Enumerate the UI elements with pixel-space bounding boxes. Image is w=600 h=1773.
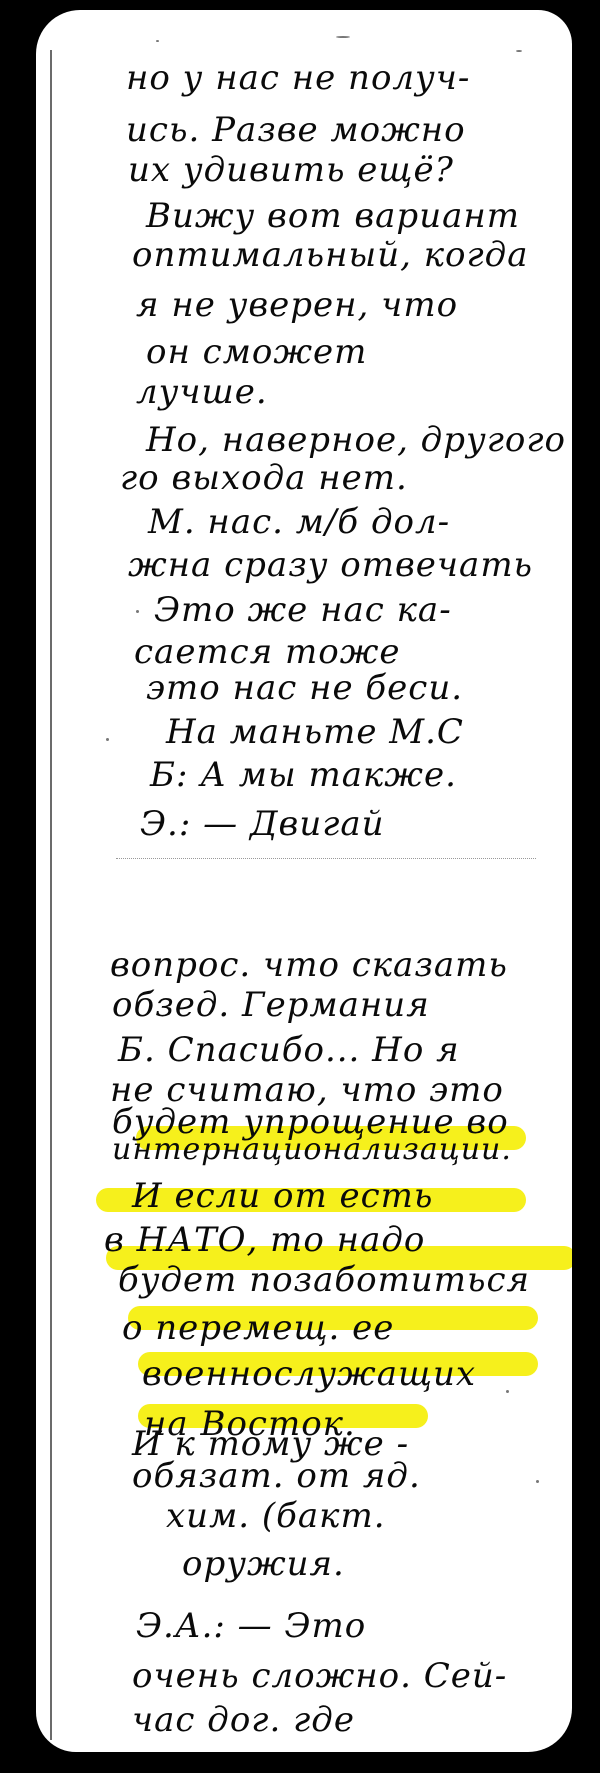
handwritten-line-highlighted: о перемещ. ее bbox=[122, 1308, 394, 1348]
scan-speck bbox=[536, 1480, 539, 1483]
scan-speck bbox=[136, 610, 139, 613]
handwritten-line: это нас не беси. bbox=[146, 668, 463, 708]
scan-speck bbox=[156, 40, 159, 42]
handwritten-line: интернационализации. bbox=[112, 1130, 512, 1170]
handwritten-line: го выхода нет. bbox=[120, 458, 408, 498]
handwritten-line: Но, наверное, другого bbox=[146, 420, 566, 460]
handwritten-line-highlighted: в НАТО, то надо bbox=[104, 1220, 425, 1260]
handwritten-line: обзед. Германия bbox=[112, 985, 430, 1025]
handwritten-line: Вижу вот вариант bbox=[146, 196, 520, 236]
handwritten-line: лучше. bbox=[136, 372, 268, 412]
handwritten-line: Б. Спасибо... Но я bbox=[118, 1030, 460, 1070]
handwritten-line: оптимальный, когда bbox=[132, 235, 529, 275]
scan-speck bbox=[516, 50, 522, 52]
notebook-page: но у нас не получ- ись. Разве можно их у… bbox=[36, 10, 572, 1752]
handwritten-line: жна сразу отвечать bbox=[128, 545, 533, 585]
handwritten-line: я не уверен, что bbox=[136, 285, 458, 325]
scan-speck bbox=[106, 738, 109, 741]
margin-line bbox=[50, 50, 52, 1740]
handwritten-line: очень сложно. Сей- bbox=[132, 1656, 507, 1696]
handwritten-line: ись. Разве можно bbox=[126, 110, 466, 150]
handwritten-line-highlighted: военнослужащих bbox=[142, 1354, 476, 1394]
handwritten-line: Б: А мы также. bbox=[150, 755, 457, 795]
handwritten-line: оружия. bbox=[182, 1544, 345, 1584]
handwritten-line-highlighted: И если от есть bbox=[132, 1176, 433, 1216]
handwritten-line: На маньте М.С bbox=[166, 712, 464, 752]
handwritten-line: час дог. где bbox=[132, 1700, 355, 1740]
handwritten-line-highlighted: будет позаботиться bbox=[118, 1260, 530, 1300]
handwritten-line: вопрос. что сказать bbox=[110, 945, 508, 985]
handwritten-line: их удивить ещё? bbox=[128, 150, 454, 190]
section-gap bbox=[116, 858, 536, 860]
handwritten-line: хим. (бакт. bbox=[166, 1496, 386, 1536]
handwritten-line: обязат. от яд. bbox=[132, 1456, 421, 1496]
scan-speck bbox=[336, 36, 350, 38]
handwritten-line: сается тоже bbox=[134, 632, 401, 672]
handwritten-line: Э.: — Двигай bbox=[140, 804, 385, 844]
handwritten-line: он сможет bbox=[146, 332, 367, 372]
handwritten-line: Э.А.: — Это bbox=[136, 1606, 366, 1646]
handwritten-line: М. нас. м/б дол- bbox=[148, 502, 450, 542]
scan-speck bbox=[506, 1390, 509, 1393]
handwritten-line: но у нас не получ- bbox=[126, 58, 470, 98]
handwritten-line: Это же нас ка- bbox=[154, 590, 452, 630]
